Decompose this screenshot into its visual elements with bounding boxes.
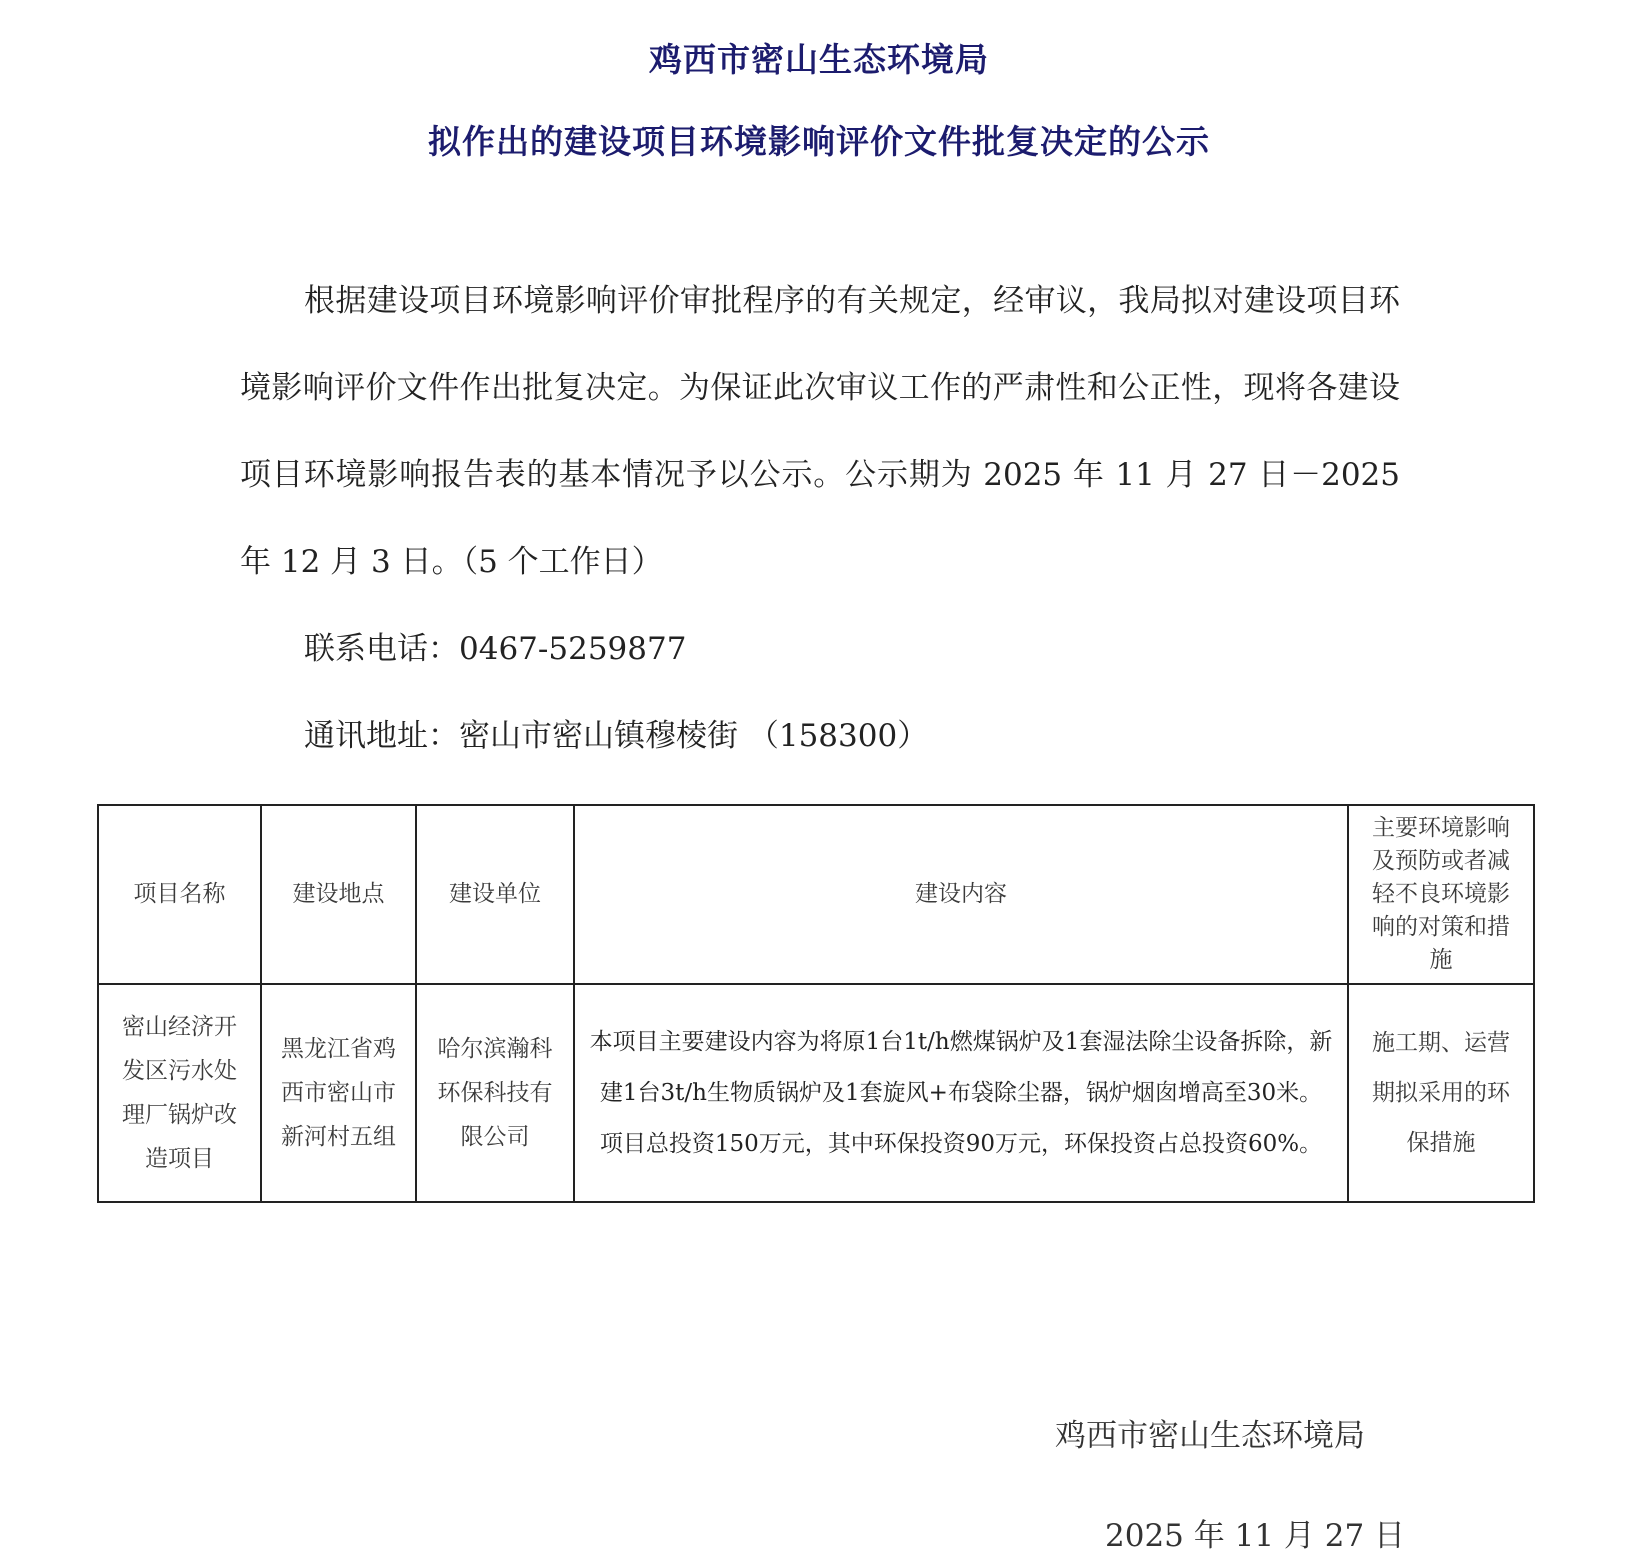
cell-location: 黑龙江省鸡西市密山市新河村五组 — [261, 984, 416, 1202]
header-measures: 主要环境影响及预防或者减轻不良环境影响的对策和措施 — [1348, 805, 1534, 984]
project-table: 项目名称 建设地点 建设单位 建设内容 主要环境影响及预防或者减轻不良环境影响的… — [97, 804, 1535, 1203]
notice-paragraph: 根据建设项目环境影响评价审批程序的有关规定，经审议，我局拟对建设项目环境影响评价… — [240, 258, 1400, 606]
header-project-name: 项目名称 — [98, 805, 261, 984]
cell-builder: 哈尔滨瀚科环保科技有限公司 — [416, 984, 574, 1202]
contact-phone: 联系电话：0467-5259877 — [240, 606, 1400, 693]
header-location: 建设地点 — [261, 805, 416, 984]
signature-agency: 鸡西市密山生态环境局 — [1055, 1410, 1365, 1455]
cell-measures: 施工期、运营期拟采用的环保措施 — [1348, 984, 1534, 1202]
table-row: 密山经济开发区污水处理厂锅炉改造项目 黑龙江省鸡西市密山市新河村五组 哈尔滨瀚科… — [98, 984, 1534, 1202]
document-title-subject: 拟作出的建设项目环境影响评价文件批复决定的公示 — [0, 116, 1638, 163]
header-content: 建设内容 — [574, 805, 1348, 984]
cell-content: 本项目主要建设内容为将原1台1t/h燃煤锅炉及1套湿法除尘设备拆除，新建1台3t… — [574, 984, 1348, 1202]
cell-project-name: 密山经济开发区污水处理厂锅炉改造项目 — [98, 984, 261, 1202]
table-header-row: 项目名称 建设地点 建设单位 建设内容 主要环境影响及预防或者减轻不良环境影响的… — [98, 805, 1534, 984]
contact-address: 通讯地址：密山市密山镇穆棱街 （158300） — [240, 693, 1400, 780]
signature-date: 2025 年 11 月 27 日 — [1105, 1510, 1405, 1555]
notice-body: 根据建设项目环境影响评价审批程序的有关规定，经审议，我局拟对建设项目环境影响评价… — [240, 258, 1400, 780]
document-title-agency: 鸡西市密山生态环境局 — [0, 34, 1638, 81]
header-builder: 建设单位 — [416, 805, 574, 984]
